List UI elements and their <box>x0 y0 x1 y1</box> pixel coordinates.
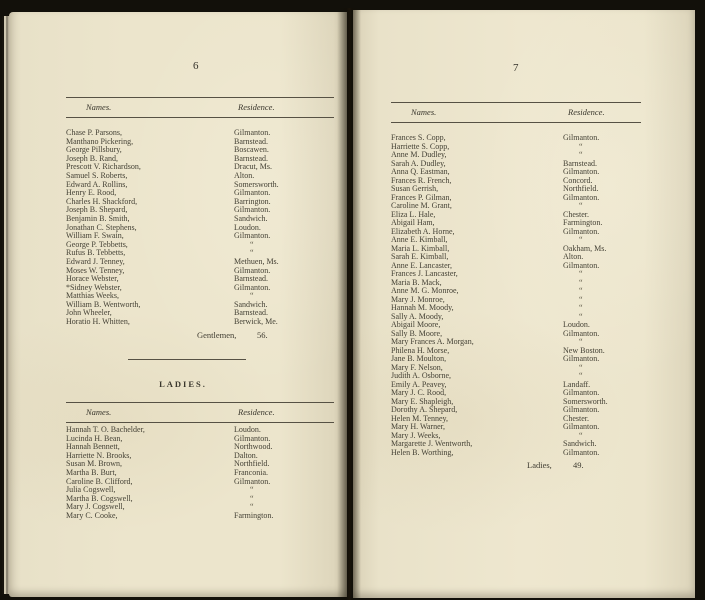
names-column-header: Names. <box>86 407 111 417</box>
book-spread: 6 Names. Residence. Chase P. Parsons, Gi… <box>0 0 705 600</box>
ladies-section-heading: LADIES. <box>49 379 317 389</box>
page-left: 6 Names. Residence. Chase P. Parsons, Gi… <box>9 12 347 597</box>
gentlemen-table: Names. Residence. Chase P. Parsons, Gilm… <box>66 97 334 340</box>
section-divider-rule <box>128 359 246 360</box>
person-residence: Berwick, Me. <box>234 318 278 327</box>
tally-label: Ladies, <box>527 460 552 470</box>
residence-column-header: Residence. <box>568 106 605 118</box>
table-row: Helen B. Worthing, Gilmanton. <box>391 449 641 458</box>
table-row: Horatio H. Whitten, Berwick, Me. <box>66 318 334 327</box>
gentlemen-tally: Gentlemen, 56. <box>66 330 334 340</box>
tally-count: 49. <box>573 460 584 470</box>
tally-label: Gentlemen, <box>197 330 236 340</box>
names-column-header: Names. <box>411 107 436 117</box>
table-row: Mary C. Cooke, Farmington. <box>66 512 334 521</box>
person-residence: Farmington. <box>234 512 273 521</box>
ladies-table-left: Names. Residence. Hannah T. O. Bachelder… <box>66 402 334 521</box>
page-number: 6 <box>181 60 211 72</box>
tally-count: 56. <box>257 330 268 340</box>
person-name: Helen B. Worthing, <box>391 448 453 457</box>
person-residence: Gilmanton. <box>563 449 599 458</box>
table-header: Names. Residence. <box>391 102 641 123</box>
table-header: Names. Residence. <box>66 97 334 118</box>
residence-column-header: Residence. <box>238 406 275 418</box>
ladies-table-right: Names. Residence. Frances S. Copp, Gilma… <box>391 102 641 470</box>
ladies-tally: Ladies, 49. <box>391 460 641 470</box>
page-right: 7 Names. Residence. Frances S. Copp, Gil… <box>353 10 695 598</box>
table-header: Names. Residence. <box>66 402 334 423</box>
ladies-rows-right: Frances S. Copp, Gilmanton. Harriette S.… <box>391 134 641 457</box>
gentlemen-rows: Chase P. Parsons, Gilmanton. Manthano Pi… <box>66 129 334 327</box>
names-column-header: Names. <box>86 102 111 112</box>
residence-column-header: Residence. <box>238 101 275 113</box>
person-name: Horatio H. Whitten, <box>66 317 130 326</box>
ladies-rows-left: Hannah T. O. Bachelder, Loudon. Lucinda … <box>66 426 334 521</box>
page-number: 7 <box>501 62 531 74</box>
person-name: Mary C. Cooke, <box>66 511 118 520</box>
